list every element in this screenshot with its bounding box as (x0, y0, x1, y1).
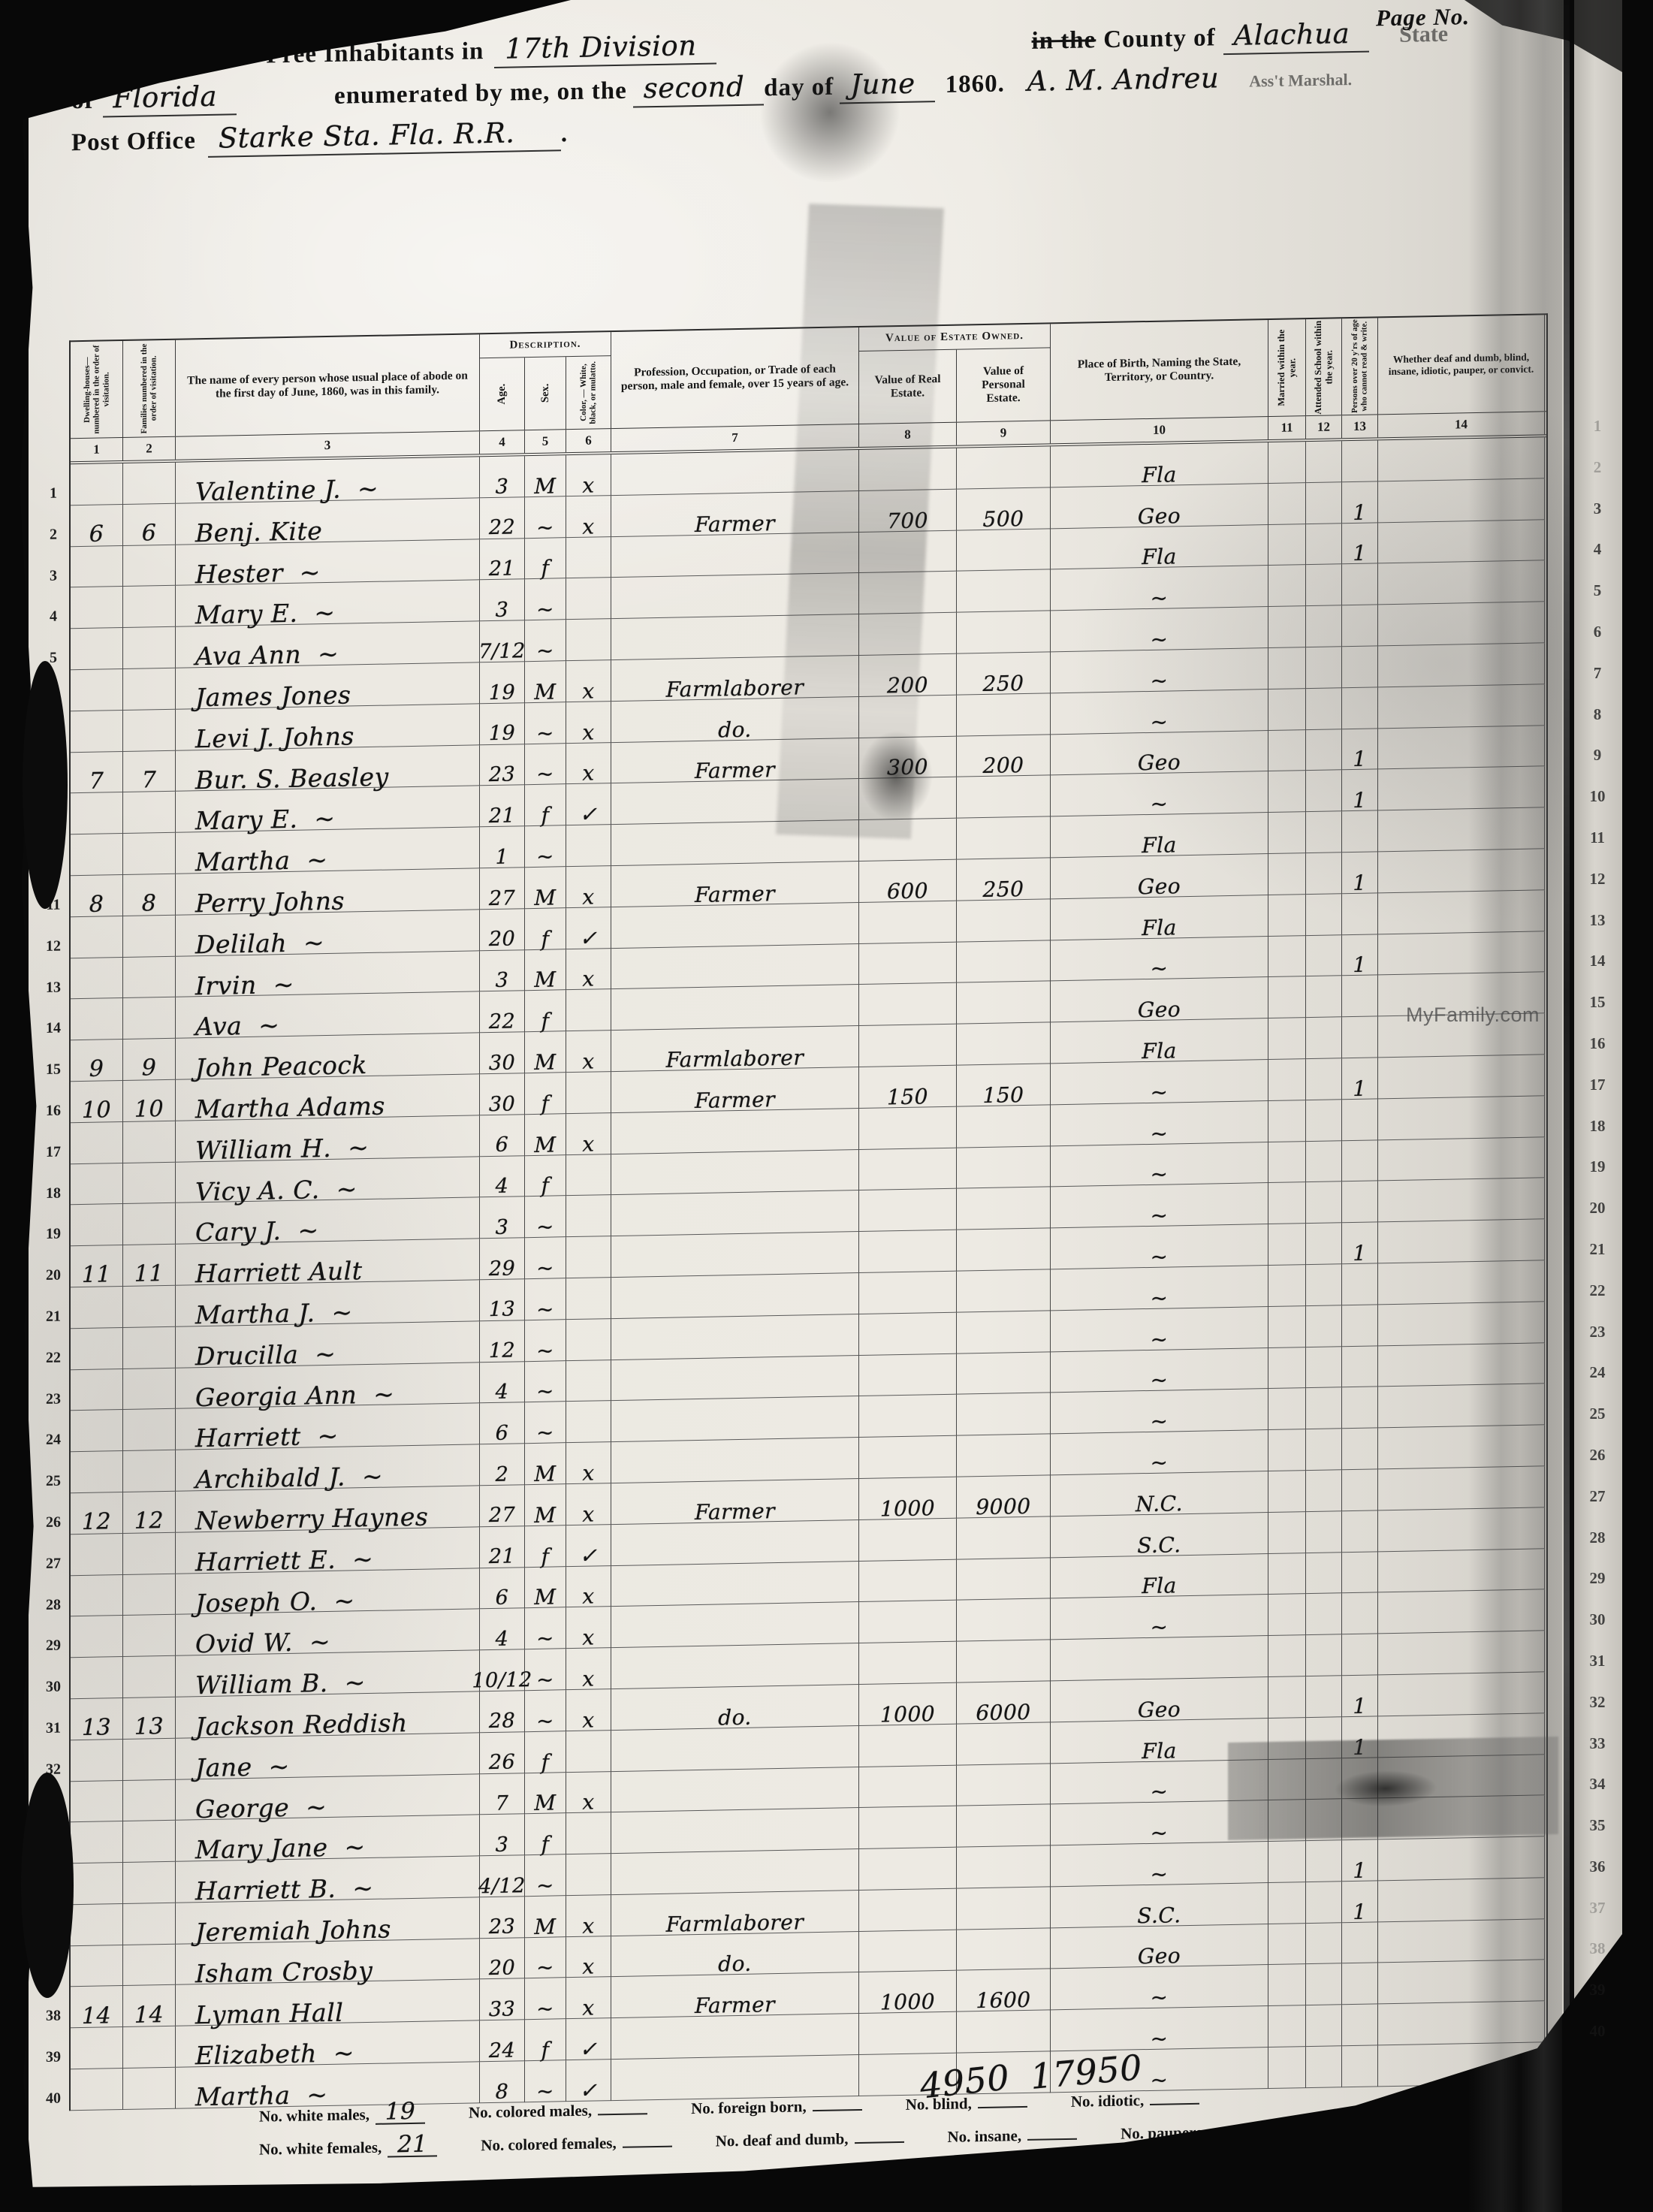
handwritten-value: 30 (489, 1055, 515, 1071)
row36-name: Jeremiah Johns (176, 1897, 480, 1944)
row25-family (123, 1450, 176, 1492)
row7-cannot-read-write (1342, 687, 1378, 729)
row22-attended-school (1306, 1305, 1342, 1347)
handwritten-value: Mary E. ~ (195, 604, 336, 625)
handwritten-value: Elizabeth ~ (195, 2045, 354, 2066)
handwritten-value: 150 (887, 1088, 928, 1105)
row32-name: Jane ~ (176, 1733, 480, 1779)
row21-cannot-read-write (1342, 1263, 1378, 1305)
row17-cannot-read-write (1342, 1099, 1378, 1141)
handwritten-value: 3 (496, 1220, 509, 1236)
row32-value-real-estate (859, 1724, 957, 1767)
handwritten-value: ~ (1151, 796, 1169, 812)
handwritten-value: do. (718, 1709, 752, 1725)
handwritten-value: Geo (1138, 508, 1181, 524)
row27-dwelling (71, 1534, 123, 1576)
row17-attended-school (1306, 1100, 1342, 1142)
month-handwriting: June (840, 67, 934, 104)
row11-dwelling: 8 (71, 875, 123, 917)
row21-occupation (611, 1273, 859, 1319)
row19-cannot-read-write (1342, 1181, 1378, 1224)
row29-sex: ~ (525, 1607, 566, 1649)
row6-dwelling (71, 669, 123, 711)
handwritten-value: ~ (536, 725, 554, 741)
row5-occupation (611, 614, 859, 660)
handwritten-value: f (541, 807, 550, 823)
row4-cannot-read-write (1342, 564, 1378, 606)
col-header-name: The name of every person whose usual pla… (176, 334, 480, 436)
row32-age: 26 (480, 1732, 525, 1774)
row-number-16: 16 (41, 1102, 66, 1143)
row23-attended-school (1306, 1347, 1342, 1389)
row8-sex: ~ (525, 744, 566, 786)
row9-married-in-year (1268, 771, 1306, 813)
row36-cannot-read-write: 1 (1342, 1881, 1378, 1923)
row15-birthplace: Fla (1051, 1018, 1268, 1064)
handwritten-value: ~ (1151, 1290, 1169, 1305)
handwritten-value: S.C. (1137, 1537, 1181, 1553)
row28-name: Joseph O. ~ (176, 1568, 480, 1615)
handwritten-value: Geo (1138, 755, 1181, 771)
handwritten-value: ~ (1151, 961, 1169, 976)
row39-value-personal-estate (957, 2011, 1051, 2054)
row8-cannot-read-write: 1 (1342, 729, 1378, 771)
handwritten-value: 13 (134, 1719, 164, 1736)
handwritten-value: ~ (1151, 1784, 1169, 1800)
row21-married-in-year (1268, 1265, 1306, 1307)
row29-value-real-estate (859, 1601, 957, 1643)
handwritten-value: James Jones (195, 686, 351, 708)
row21-age: 13 (480, 1279, 525, 1321)
row10-occupation (611, 820, 859, 866)
handwritten-value: f (541, 1178, 550, 1194)
handwritten-value: 150 (983, 1087, 1024, 1103)
row2-value-personal-estate: 500 (957, 487, 1051, 530)
row22-value-real-estate (859, 1312, 957, 1355)
handwritten-value: ~ (1151, 1990, 1169, 2005)
row8-birthplace: Geo (1051, 731, 1268, 776)
handwritten-value: 1 (1353, 792, 1366, 808)
tally-blank (855, 2141, 904, 2144)
row19-dwelling (71, 1204, 123, 1246)
row35-value-real-estate (859, 1848, 957, 1891)
handwritten-value: M (534, 478, 556, 494)
row15-cannot-read-write (1342, 1017, 1378, 1059)
handwritten-value: Vicy A. C. ~ (195, 1180, 357, 1202)
column-number-3: 3 (176, 431, 480, 459)
handwritten-value: Fla (1142, 1578, 1177, 1595)
row24-cannot-read-write (1342, 1387, 1378, 1429)
handwritten-value: f (541, 2042, 550, 2058)
row5-value-real-estate (859, 613, 957, 656)
row22-sex: ~ (525, 1320, 566, 1362)
row19-occupation (611, 1190, 859, 1236)
row9-value-real-estate (859, 777, 957, 820)
row32-birthplace: Fla (1051, 1719, 1268, 1764)
handwritten-value: f (541, 1013, 550, 1029)
handwritten-value: Jeremiah Johns (195, 1920, 391, 1942)
row26-dwelling: 12 (71, 1492, 123, 1535)
handwritten-value: 1600 (976, 1992, 1030, 2008)
row30-name: William B. ~ (176, 1650, 480, 1697)
margin-number-13: 13 (1579, 911, 1616, 952)
row13-attended-school (1306, 935, 1342, 977)
margin-number-36: 36 (1579, 1857, 1616, 1899)
header-line-3: Post Office Starke Sta. Fla. R.R. . (71, 116, 568, 160)
col-header-cannot-read: Persons over 20 y'rs of age who cannot r… (1342, 318, 1378, 415)
handwritten-value: ✓ (580, 930, 598, 946)
row30-married-in-year (1268, 1635, 1306, 1677)
row24-married-in-year (1268, 1388, 1306, 1430)
handwritten-value: 9 (89, 1061, 104, 1079)
row37-sex: ~ (525, 1937, 566, 1979)
row31-sex: ~ (525, 1690, 566, 1732)
row-number-3: 3 (41, 567, 66, 608)
margin-number-14: 14 (1579, 952, 1616, 993)
row14-attended-school (1306, 976, 1342, 1018)
handwritten-value: Geo (1138, 1701, 1181, 1718)
row28-family (123, 1574, 176, 1616)
year-label: 1860. (946, 70, 1005, 98)
row37-attended-school (1306, 1923, 1342, 1965)
row37-married-in-year (1268, 1924, 1306, 1966)
row12-age: 20 (480, 909, 525, 951)
row10-age: 1 (480, 826, 525, 868)
row19-value-real-estate (859, 1189, 957, 1232)
handwritten-value: 3 (496, 603, 509, 619)
handwritten-value: x (582, 1506, 594, 1522)
row27-occupation (611, 1520, 859, 1566)
row12-attended-school (1306, 894, 1342, 936)
row38-cannot-read-write (1342, 1963, 1378, 2005)
row-number-12: 12 (41, 937, 66, 979)
row5-dwelling (71, 628, 123, 670)
margin-number-40: 40 (1579, 2022, 1616, 2063)
row23-value-real-estate (859, 1353, 957, 1396)
row14-value-real-estate (859, 983, 957, 1026)
row11-age: 27 (480, 868, 525, 910)
handwritten-value: f (541, 560, 550, 576)
tally-label: No. white males, (259, 2105, 370, 2126)
row14-married-in-year (1268, 976, 1306, 1018)
row7-value-real-estate (859, 695, 957, 738)
handwritten-value: 10 (134, 1101, 164, 1118)
row33-family (123, 1779, 176, 1821)
margin-number-34: 34 (1579, 1775, 1616, 1816)
row3-dwelling (71, 546, 123, 588)
row16-married-in-year (1268, 1059, 1306, 1101)
row2-family: 6 (123, 504, 176, 546)
post-office-label: Post Office (71, 127, 196, 157)
handwritten-value: Farmer (695, 515, 775, 533)
row1-name: Valentine J. ~ (176, 457, 480, 503)
tally-blank: 21 (388, 2137, 437, 2157)
row22-occupation (611, 1314, 859, 1360)
margin-number-1: 1 (1579, 417, 1616, 458)
handwritten-value: 24 (489, 2043, 515, 2059)
row38-value-real-estate: 1000 (859, 1971, 957, 2014)
handwritten-value: 1000 (880, 1706, 935, 1722)
row28-age: 6 (480, 1568, 525, 1610)
handwritten-value: x (582, 518, 594, 534)
handwritten-value: 19 (489, 726, 515, 742)
row28-dwelling (71, 1575, 123, 1617)
row31-age: 28 (480, 1691, 525, 1733)
handwritten-value: Harriett B. ~ (195, 1879, 373, 1901)
row6-value-real-estate: 200 (859, 654, 957, 697)
row31-attended-school (1306, 1676, 1342, 1718)
county-handwriting: Alachua (1223, 17, 1370, 56)
tally-label: No. blind, (906, 2094, 972, 2114)
row13-married-in-year (1268, 936, 1306, 978)
row30-value-personal-estate (957, 1640, 1051, 1682)
row23-cannot-read-write (1342, 1346, 1378, 1388)
handwritten-value: Harriett ~ (195, 1427, 339, 1448)
row16-age: 30 (480, 1073, 525, 1115)
margin-number-35: 35 (1579, 1816, 1616, 1857)
row38-value-personal-estate: 1600 (957, 1969, 1051, 2012)
handwritten-value: f (541, 931, 550, 946)
row38-birthplace: ~ (1051, 1966, 1268, 2011)
row29-color: x (566, 1607, 611, 1649)
row17-value-real-estate (859, 1106, 957, 1149)
row39-age: 24 (480, 2020, 525, 2062)
row6-occupation: Farmlaborer (611, 656, 859, 702)
row2-value-real-estate: 700 (859, 489, 957, 532)
row-number-28: 28 (41, 1596, 66, 1637)
handwritten-value: 6000 (976, 1704, 1030, 1721)
row33-cannot-read-write (1342, 1758, 1378, 1800)
handwritten-value: ~ (536, 519, 554, 535)
tally-label: No. deaf and dumb, (716, 2129, 849, 2150)
row23-married-in-year (1268, 1347, 1306, 1390)
row5-name: Ava Ann ~ (176, 621, 480, 668)
handwritten-value: ~ (1151, 1414, 1169, 1429)
handwritten-value: Farmer (695, 1996, 775, 2014)
handwritten-value: ~ (1151, 672, 1169, 688)
handwritten-value: 6 (496, 1138, 509, 1154)
row17-age: 6 (480, 1115, 525, 1157)
row6-cannot-read-write (1342, 646, 1378, 688)
margin-number-9: 9 (1579, 746, 1616, 787)
row38-occupation: Farmer (611, 1973, 859, 2019)
margin-number-21: 21 (1579, 1240, 1616, 1281)
row36-dwelling (71, 1904, 123, 1946)
row17-married-in-year (1268, 1100, 1306, 1142)
handwritten-value: 8 (142, 895, 157, 913)
row31-occupation: do. (611, 1685, 859, 1731)
handwritten-value: Ava ~ (195, 1017, 279, 1037)
row12-value-personal-estate (957, 899, 1051, 942)
row10-value-personal-estate (957, 817, 1051, 860)
row1-attended-school (1306, 441, 1342, 483)
row29-occupation (611, 1602, 859, 1648)
handwritten-value: Georgia Ann ~ (195, 1385, 394, 1408)
row38-sex: ~ (525, 1978, 566, 2020)
row2-occupation: Farmer (611, 491, 859, 537)
row4-value-real-estate (859, 572, 957, 614)
row24-dwelling (71, 1410, 123, 1452)
row20-married-in-year (1268, 1224, 1306, 1266)
row25-birthplace: ~ (1051, 1430, 1268, 1475)
handwritten-value: Farmlaborer (666, 1049, 804, 1067)
handwritten-value: ~ (536, 1219, 554, 1235)
division-handwriting: 17th Division (494, 29, 716, 68)
row38-family: 14 (123, 1985, 176, 2027)
row12-name: Delilah ~ (176, 910, 480, 956)
row-number-26: 26 (41, 1513, 66, 1555)
handwritten-value: Fla (1142, 919, 1177, 936)
row26-family: 12 (123, 1492, 176, 1534)
margin-number-2: 2 (1579, 458, 1616, 499)
row26-age: 27 (480, 1485, 525, 1527)
row16-cannot-read-write: 1 (1342, 1058, 1378, 1100)
row13-family (123, 956, 176, 998)
handwritten-value: Delilah ~ (195, 934, 324, 955)
row39-attended-school (1306, 2005, 1342, 2048)
handwritten-value: M (534, 1136, 556, 1153)
handwritten-value: Farmer (695, 1091, 775, 1109)
row27-color: ✓ (566, 1525, 611, 1567)
handwritten-value: Bur. S. Beasley (195, 768, 389, 789)
handwritten-value: Valentine J. ~ (195, 480, 379, 502)
row31-value-personal-estate: 6000 (957, 1681, 1051, 1724)
tally-item: No. colored males, (469, 2100, 647, 2122)
row28-value-personal-estate (957, 1558, 1051, 1601)
row21-attended-school (1306, 1264, 1342, 1306)
row38-dwelling: 14 (71, 1986, 123, 2028)
row14-name: Ava ~ (176, 992, 480, 1039)
row26-color: x (566, 1483, 611, 1525)
row3-name: Hester ~ (176, 539, 480, 586)
row17-family (123, 1121, 176, 1163)
handwritten-value: 30 (489, 1097, 515, 1112)
row32-color (566, 1731, 611, 1773)
handwritten-value: Perry Johns (195, 892, 345, 913)
row-number-27: 27 (41, 1555, 66, 1596)
county-prefix: in the (1032, 26, 1096, 56)
row2-attended-school (1306, 482, 1342, 524)
margin-number-38: 38 (1579, 1939, 1616, 1981)
row4-name: Mary E. ~ (176, 581, 480, 627)
row3-value-real-estate (859, 530, 957, 573)
row19-value-personal-estate (957, 1187, 1051, 1230)
census-table: Dwelling-houses— numbered in the order o… (69, 313, 1548, 2111)
handwritten-value: ~ (1151, 590, 1169, 606)
handwritten-value: ✓ (580, 807, 598, 822)
handwritten-value: ~ (1151, 1084, 1169, 1100)
row9-birthplace: ~ (1051, 771, 1268, 816)
col-header-family: Families numbered in the order of visita… (123, 340, 176, 437)
handwritten-value: 2 (496, 1467, 509, 1483)
handwritten-value: Jane ~ (195, 1758, 290, 1778)
handwritten-value: Farmer (695, 762, 775, 779)
row6-value-personal-estate: 250 (957, 652, 1051, 695)
row28-birthplace: Fla (1051, 1554, 1268, 1599)
handwritten-value: 28 (489, 1714, 515, 1730)
row-number-22: 22 (41, 1349, 66, 1390)
col-header-birthplace: Place of Birth, Naming the State, Territ… (1051, 320, 1268, 420)
row33-name: George ~ (176, 1774, 480, 1821)
margin-number-8: 8 (1579, 705, 1616, 747)
row38-color: x (566, 1978, 611, 2020)
row13-color: x (566, 949, 611, 991)
handwritten-value: ~ (536, 1384, 554, 1399)
row21-family (123, 1286, 176, 1328)
handwritten-value: ~ (536, 2083, 554, 2099)
row38-name: Lyman Hall (176, 1980, 480, 2026)
row9-dwelling (71, 792, 123, 834)
row6-name: James Jones (176, 662, 480, 709)
handwritten-value: 12 (134, 1513, 164, 1530)
row35-value-personal-estate (957, 1845, 1051, 1888)
row18-dwelling (71, 1163, 123, 1206)
row31-dwelling: 13 (71, 1698, 123, 1740)
row26-occupation: Farmer (611, 1479, 859, 1525)
row15-attended-school (1306, 1017, 1342, 1059)
row-number-19: 19 (41, 1226, 66, 1267)
row39-dwelling (71, 2027, 123, 2069)
handwritten-value: x (582, 724, 594, 740)
handwritten-value: 21 (489, 562, 515, 578)
row39-cannot-read-write (1342, 2005, 1378, 2047)
row32-occupation (611, 1726, 859, 1772)
margin-number-25: 25 (1579, 1405, 1616, 1446)
row34-dwelling (71, 1821, 123, 1863)
row-number-17: 17 (41, 1143, 66, 1184)
handwritten-value: 26 (489, 1755, 515, 1771)
row22-married-in-year (1268, 1306, 1306, 1348)
watermark: MyFamily.com (1406, 1003, 1540, 1027)
row5-sex: ~ (525, 620, 566, 662)
row35-name: Harriett B. ~ (176, 1856, 480, 1903)
row8-age: 23 (480, 744, 525, 786)
row31-married-in-year (1268, 1676, 1306, 1719)
row37-value-real-estate (859, 1930, 957, 1972)
row9-attended-school (1306, 771, 1342, 813)
column-number-2: 2 (123, 437, 176, 460)
row-number-29: 29 (41, 1637, 66, 1679)
tally-blank (813, 2109, 862, 2111)
row40-dwelling (71, 2069, 123, 2111)
row11-color: x (566, 866, 611, 908)
row16-occupation: Farmer (611, 1067, 859, 1113)
row30-birthplace (1051, 1636, 1268, 1681)
handwritten-value: x (582, 1918, 594, 1933)
row10-color (566, 825, 611, 867)
row37-value-personal-estate (957, 1928, 1051, 1971)
row11-family: 8 (123, 874, 176, 916)
row10-sex: ~ (525, 825, 566, 868)
handwritten-value: ~ (1151, 1866, 1169, 1882)
row12-color: ✓ (566, 907, 611, 949)
row38-age: 33 (480, 1979, 525, 2021)
row13-cannot-read-write: 1 (1342, 934, 1378, 976)
handwritten-value: Lyman Hall (195, 2003, 343, 2024)
row4-family (123, 586, 176, 628)
handwritten-value: Farmer (695, 886, 775, 903)
census-scan-page: { "page": { "page_no_label": "Page No.",… (0, 0, 1653, 2212)
row25-value-real-estate (859, 1436, 957, 1479)
row10-dwelling (71, 834, 123, 876)
row36-birthplace: S.C. (1051, 1883, 1268, 1928)
margin-number-20: 20 (1579, 1199, 1616, 1240)
handwritten-value: Fla (1142, 1043, 1177, 1059)
row-number-39: 39 (41, 2049, 66, 2090)
row5-birthplace: ~ (1051, 607, 1268, 652)
row33-color: x (566, 1772, 611, 1814)
handwritten-value: 8 (496, 2084, 509, 2100)
